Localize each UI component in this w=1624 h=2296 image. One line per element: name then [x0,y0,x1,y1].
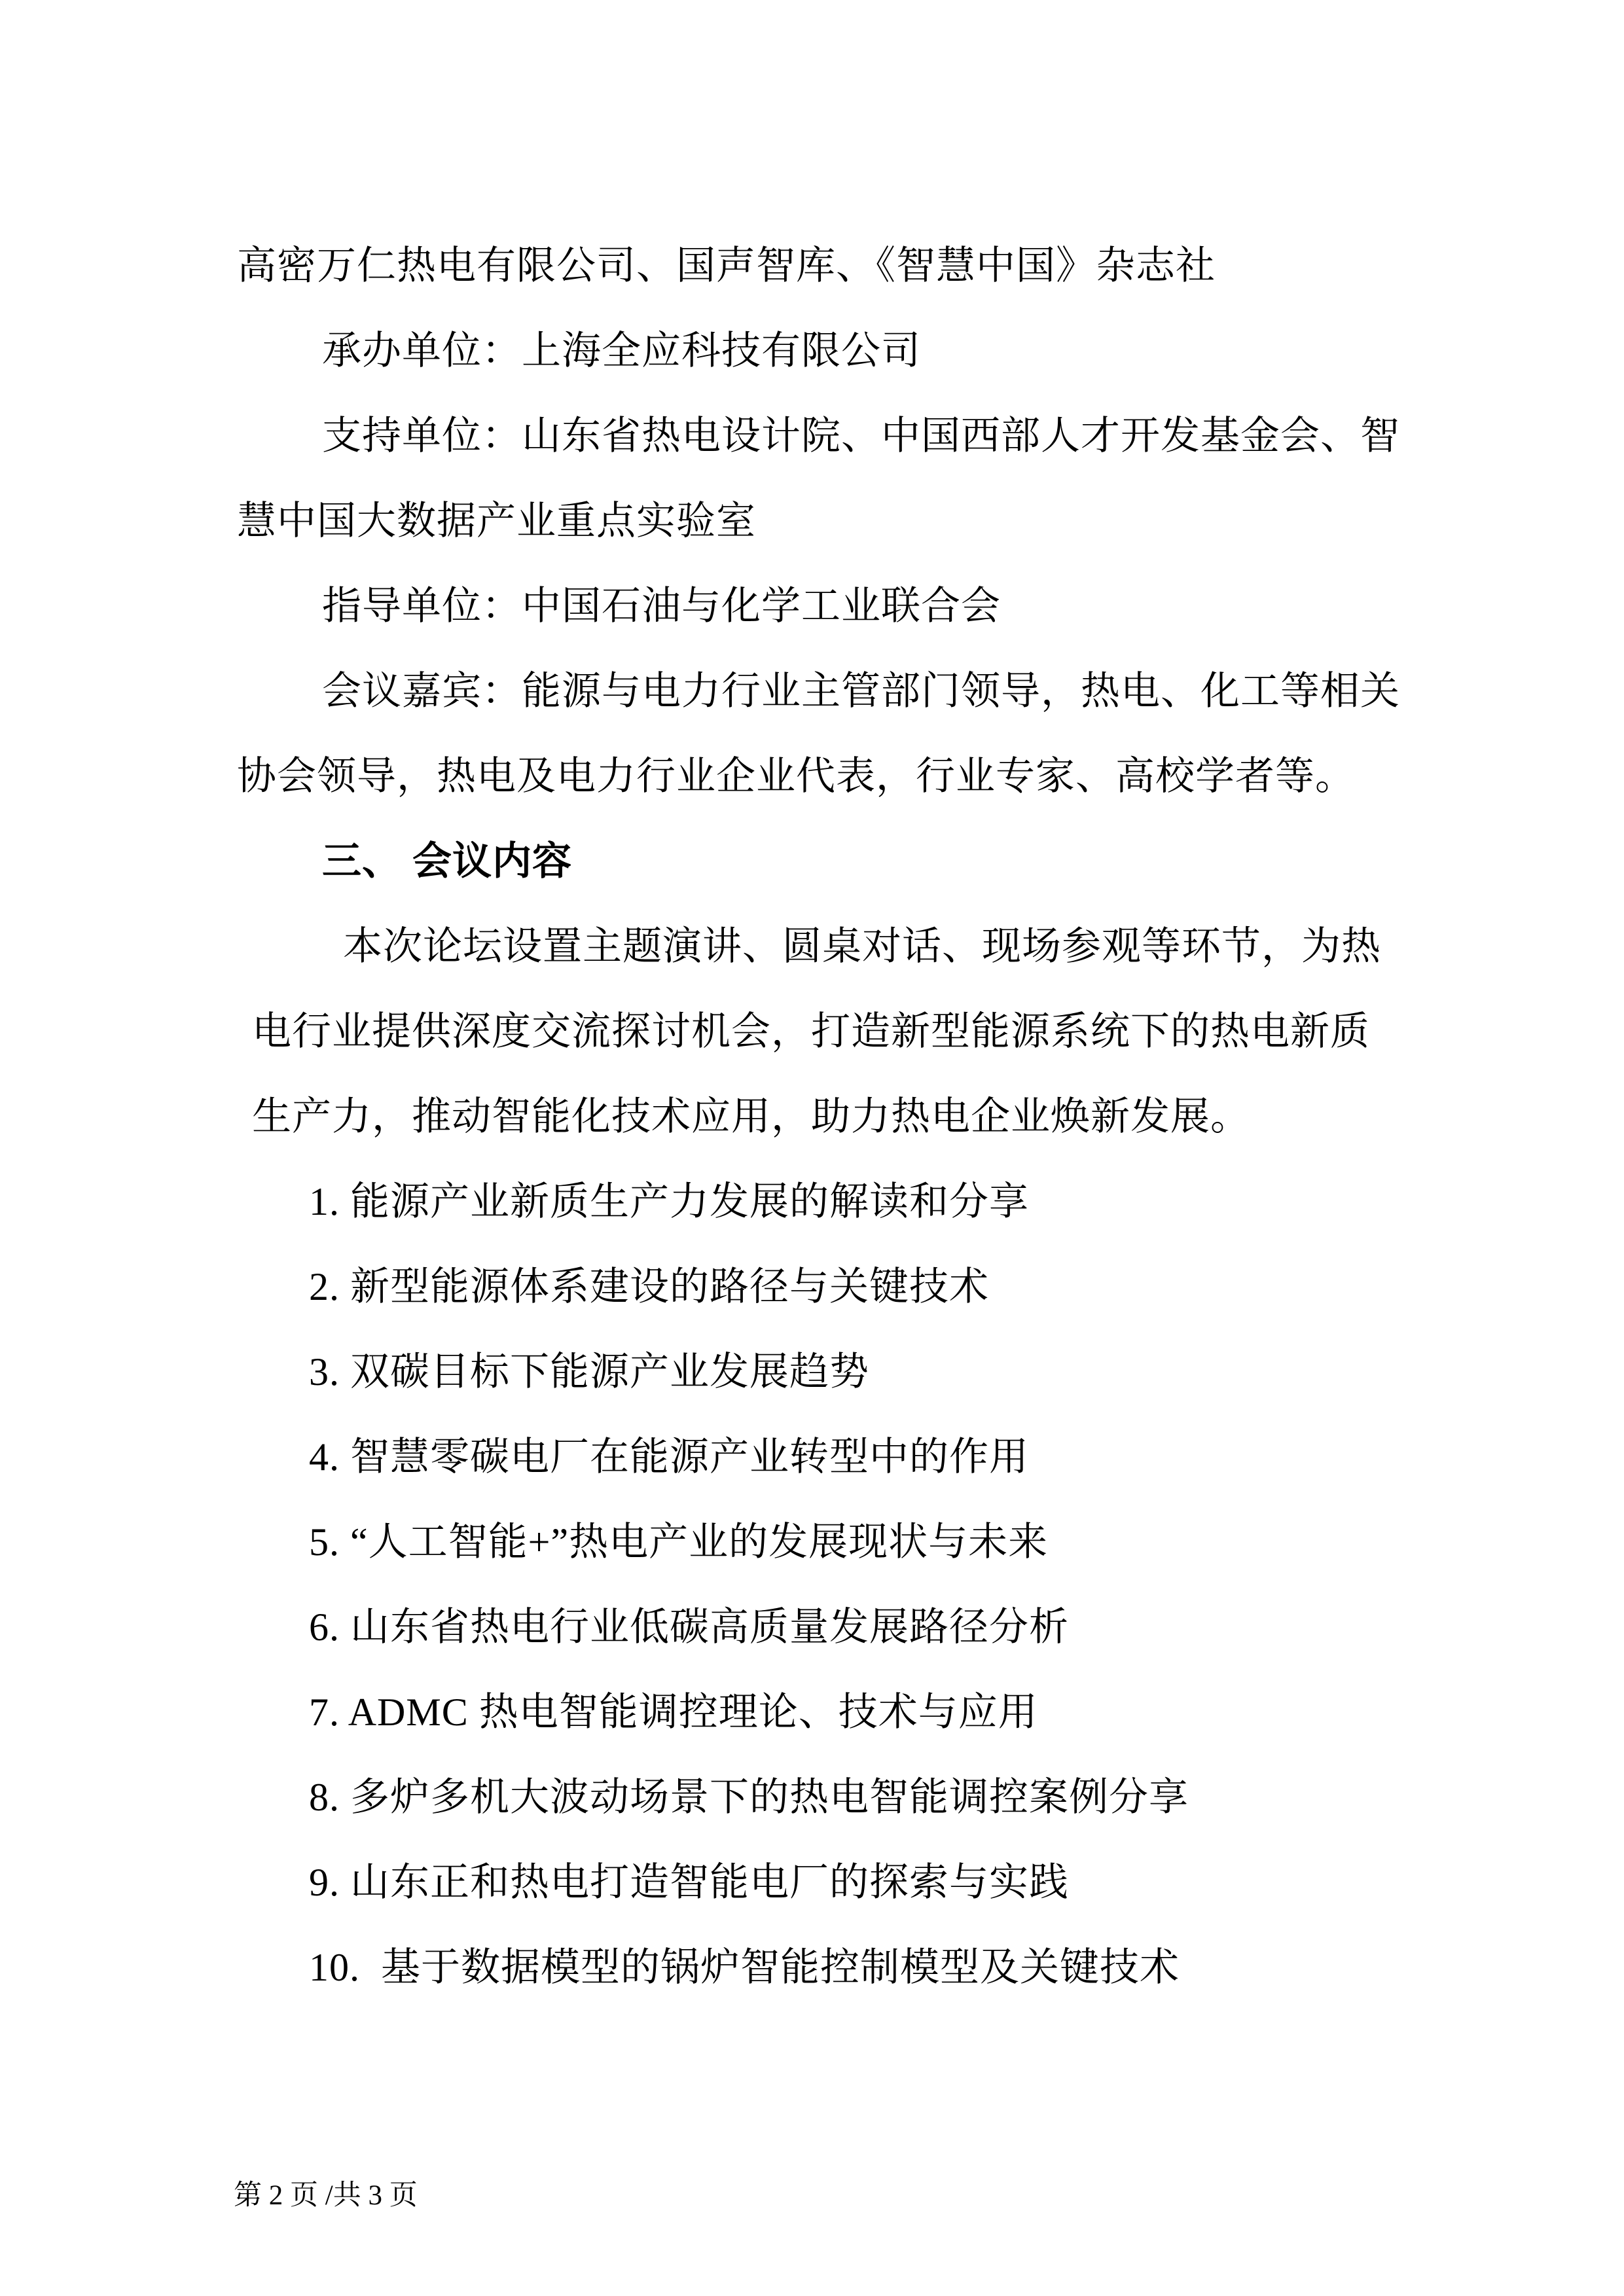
list-item: 8. 多炉多机大波动场景下的热电智能调控案例分享 [237,1755,1389,1840]
doc-line: 慧中国大数据产业重点实验室 [237,478,1389,564]
list-item: 5. “人工智能+”热电产业的发展现状与未来 [237,1499,1389,1585]
list-item: 6. 山东省热电行业低碳高质量发展路径分析 [237,1585,1389,1670]
list-item: 2. 新型能源体系建设的路径与关键技术 [237,1244,1389,1329]
doc-line: 支持单位：山东省热电设计院、中国西部人才开发基金会、智 [237,393,1389,478]
list-item: 10. 基于数据模型的锅炉智能控制模型及关键技术 [237,1925,1389,2010]
doc-line: 高密万仁热电有限公司、国声智库、《智慧中国》杂志社 [237,223,1389,308]
doc-line: 本次论坛设置主题演讲、圆桌对话、现场参观等环节，为热 [237,904,1389,989]
doc-line: 电行业提供深度交流探讨机会，打造新型能源系统下的热电新质 [237,989,1389,1074]
document-body: 高密万仁热电有限公司、国声智库、《智慧中国》杂志社 承办单位：上海全应科技有限公… [237,223,1389,2010]
doc-line: 指导单位：中国石油与化学工业联合会 [237,564,1389,649]
list-item: 4. 智慧零碳电厂在能源产业转型中的作用 [237,1414,1389,1499]
doc-line: 协会领导，热电及电力行业企业代表，行业专家、高校学者等。 [237,734,1389,819]
page-footer: 第 2 页 /共 3 页 [234,2176,418,2215]
list-item: 7. ADMC 热电智能调控理论、技术与应用 [237,1670,1389,1755]
doc-line: 生产力，推动智能化技术应用，助力热电企业焕新发展。 [237,1074,1389,1159]
document-page: 高密万仁热电有限公司、国声智库、《智慧中国》杂志社 承办单位：上海全应科技有限公… [0,0,1624,2296]
section-heading: 三、 会议内容 [237,819,1389,904]
list-item: 1. 能源产业新质生产力发展的解读和分享 [237,1159,1389,1244]
doc-line: 会议嘉宾：能源与电力行业主管部门领导，热电、化工等相关 [237,649,1389,734]
list-item: 3. 双碳目标下能源产业发展趋势 [237,1329,1389,1414]
list-item: 9. 山东正和热电打造智能电厂的探索与实践 [237,1840,1389,1925]
doc-line: 承办单位：上海全应科技有限公司 [237,308,1389,393]
